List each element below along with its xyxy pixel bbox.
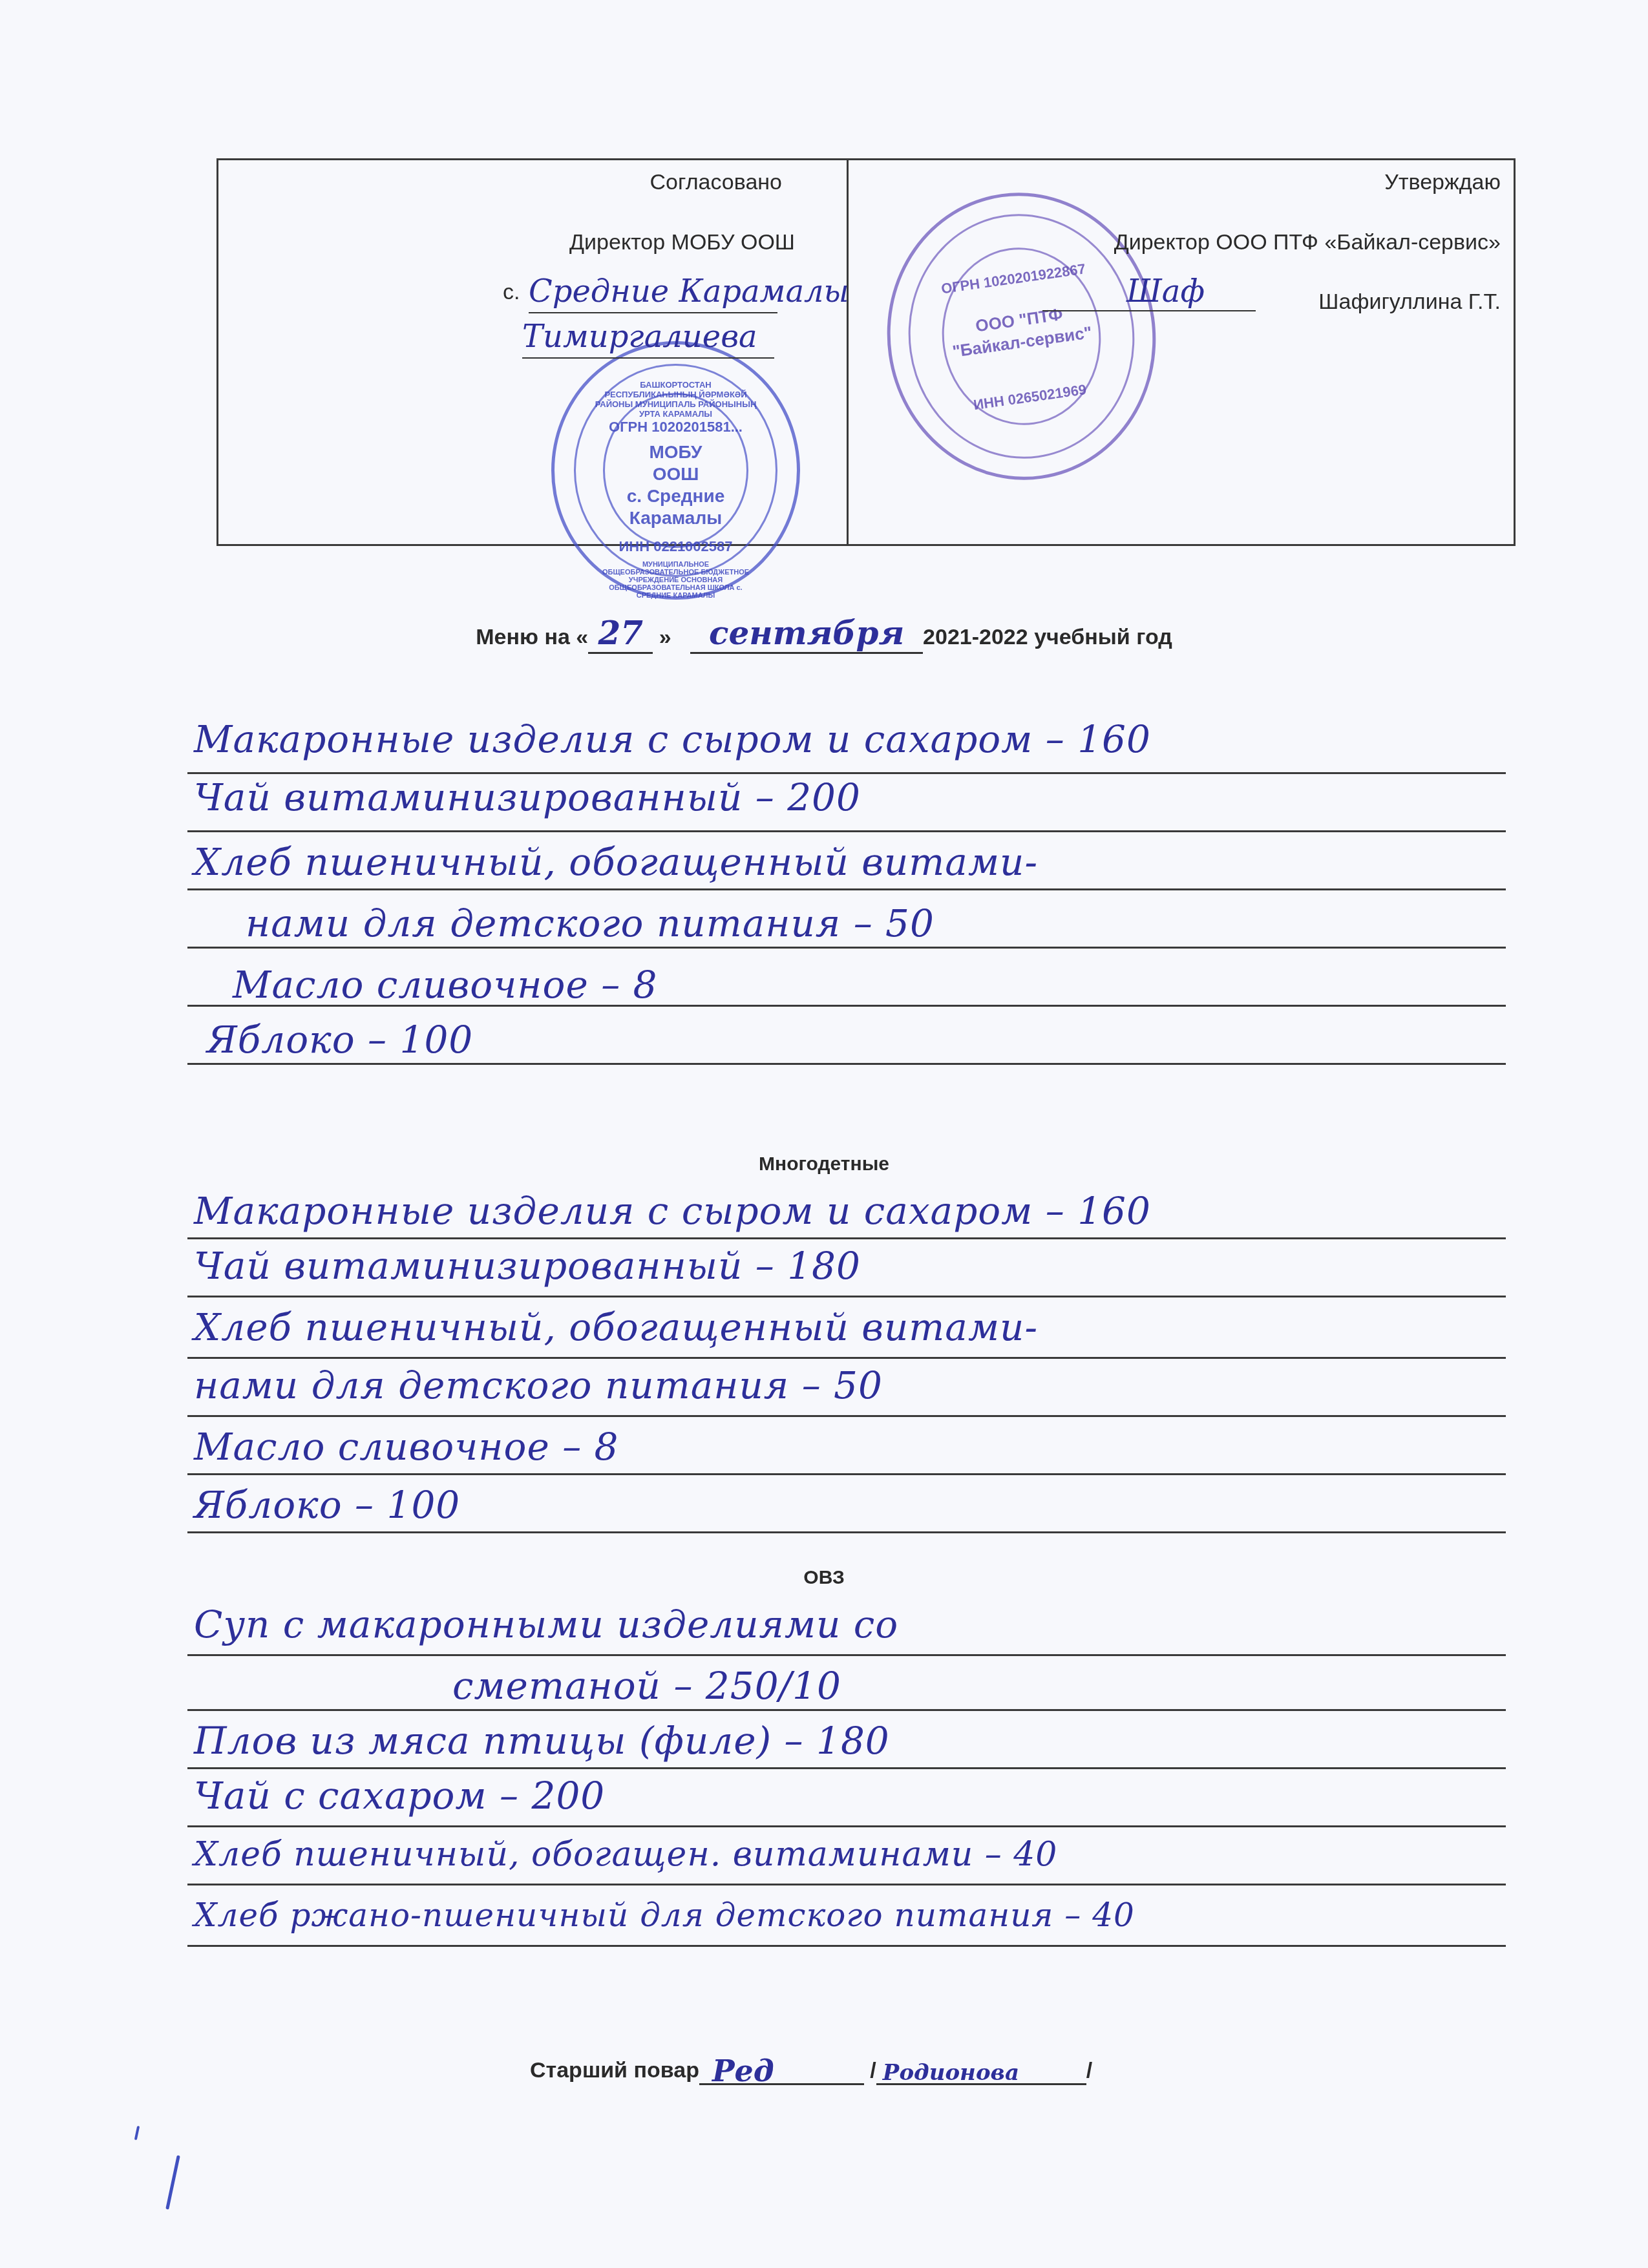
menu-line: Суп с макаронными изделиями со [194, 1602, 898, 1646]
director-name: Шафигуллина Г.Т. [1318, 289, 1501, 315]
ruled-line [187, 830, 1506, 832]
menu-line: Яблоко – 100 [207, 1018, 473, 1062]
ruled-line [187, 1654, 1506, 1656]
ruled-line [187, 1767, 1506, 1769]
menu-line: Яблоко – 100 [194, 1483, 460, 1527]
ruled-line [187, 1357, 1506, 1359]
approved-heading: Утверждаю [1384, 170, 1501, 195]
ruled-line [187, 1005, 1506, 1007]
ruled-line [187, 1237, 1506, 1239]
menu-line: Масло сливочное – 8 [194, 1425, 618, 1469]
cook-signature: Ред [712, 2053, 774, 2088]
stamp-inn: ИНН 0221002587 [555, 538, 797, 555]
menu-line: Чай витаминизированный – 200 [194, 775, 861, 819]
ruled-line [187, 1825, 1506, 1827]
approved-role: Директор ООО ПТФ «Байкал-сервис» [1114, 230, 1501, 255]
menu-line: Макаронные изделия с сыром и сахаром – 1… [194, 717, 1151, 761]
company-stamp: ОГРН 1020201922867 ООО "ПТФ "Байкал-серв… [869, 175, 1174, 497]
ruled-line [187, 1473, 1506, 1475]
ruled-line [187, 947, 1506, 949]
month-field: сентября [690, 614, 923, 654]
signature-line [522, 357, 774, 359]
village-line [529, 312, 777, 313]
ruled-line [187, 772, 1506, 774]
school-stamp: БАШКОРТОСТАН РЕСПУБЛИКАҺЫНЫҢ ЙӘРМӘКӘЙ РА… [551, 341, 800, 600]
ruled-line [187, 1884, 1506, 1885]
stamp-outer-text: БАШКОРТОСТАН РЕСПУБЛИКАҺЫНЫҢ ЙӘРМӘКӘЙ РА… [555, 380, 797, 419]
signature-line [1042, 310, 1256, 311]
slash-close: / [1086, 2058, 1092, 2083]
menu-line: Хлеб пшеничный, обогащенный витами- [194, 840, 1038, 884]
menu-line: Чай с сахаром – 200 [194, 1774, 605, 1818]
cook-name: Родионова [883, 2060, 1019, 2086]
stamp-bottom-text: МУНИЦИПАЛЬНОЕ ОБЩЕОБРАЗОВАТЕЛЬНОЕ БЮДЖЕТ… [555, 561, 797, 600]
ruled-line [187, 1296, 1506, 1297]
stamp-center: МОБУ ООШ с. Средние Карамалы [555, 441, 797, 529]
menu-line: сметаной – 250/10 [452, 1664, 841, 1708]
village-label: с. [503, 280, 520, 305]
senior-cook-row: Старший поварРед /Родионова / [530, 2058, 1092, 2085]
menu-document: БАШКОРТОСТАН РЕСПУБЛИКАҺЫНЫҢ ЙӘРМӘКӘЙ РА… [0, 0, 1648, 2268]
menu-line: нами для детского питания – 50 [194, 1363, 883, 1407]
director-signature: Тимиргалиева [522, 319, 757, 355]
director-signature: Шаф [1126, 273, 1205, 310]
agreed-role: Директор МОБУ ООШ [569, 230, 795, 255]
approval-cell-agreed: БАШКОРТОСТАН РЕСПУБЛИКАҺЫНЫҢ ЙӘРМӘКӘЙ РА… [218, 160, 849, 544]
cook-name-line: Родионова [876, 2058, 1086, 2085]
ruled-line [187, 1063, 1506, 1065]
pen-mark [165, 2155, 180, 2209]
menu-line: Хлеб ржано-пшеничный для детского питани… [194, 1896, 1135, 1934]
ruled-line [187, 1531, 1506, 1533]
approval-table: БАШКОРТОСТАН РЕСПУБЛИКАҺЫНЫҢ ЙӘРМӘКӘЙ РА… [217, 158, 1516, 546]
ruled-line [187, 1945, 1506, 1947]
menu-line: Чай витаминизированный – 180 [194, 1244, 861, 1288]
ruled-line [187, 1709, 1506, 1711]
cook-signature-line: Ред [699, 2058, 864, 2085]
senior-cook-label: Старший повар [530, 2058, 699, 2083]
menu-line: Плов из мяса птицы (филе) – 180 [194, 1719, 890, 1763]
section-heading: Многодетные [0, 1153, 1648, 1175]
agreed-heading: Согласовано [650, 170, 782, 195]
menu-line: нами для детского питания – 50 [246, 901, 935, 945]
title-suffix: 2021-2022 учебный год [923, 625, 1172, 649]
village-handwritten: Средние Карамалы [529, 273, 849, 310]
menu-line: Масло сливочное – 8 [233, 963, 657, 1007]
menu-line: Хлеб пшеничный, обогащен. витаминами – 4… [194, 1835, 1057, 1874]
menu-line: Хлеб пшеничный, обогащенный витами- [194, 1305, 1038, 1349]
title-prefix: Меню на « [476, 625, 588, 649]
month-handwritten: сентября [709, 614, 904, 652]
ruled-line [187, 1415, 1506, 1417]
title-quote: » [659, 625, 671, 649]
stamp-ogrn: ОГРН 1020201581... [555, 419, 797, 436]
menu-title: Меню на «27 » сентября2021-2022 учебный … [0, 614, 1648, 654]
day-handwritten: 27 [598, 614, 643, 652]
approval-cell-approved: ОГРН 1020201922867 ООО "ПТФ "Байкал-серв… [849, 160, 1514, 544]
section-heading: ОВЗ [0, 1567, 1648, 1589]
pen-mark [134, 2126, 140, 2140]
day-field: 27 [588, 614, 653, 654]
menu-line: Макаронные изделия с сыром и сахаром – 1… [194, 1189, 1151, 1233]
ruled-line [187, 888, 1506, 890]
slash-open: / [870, 2058, 876, 2083]
